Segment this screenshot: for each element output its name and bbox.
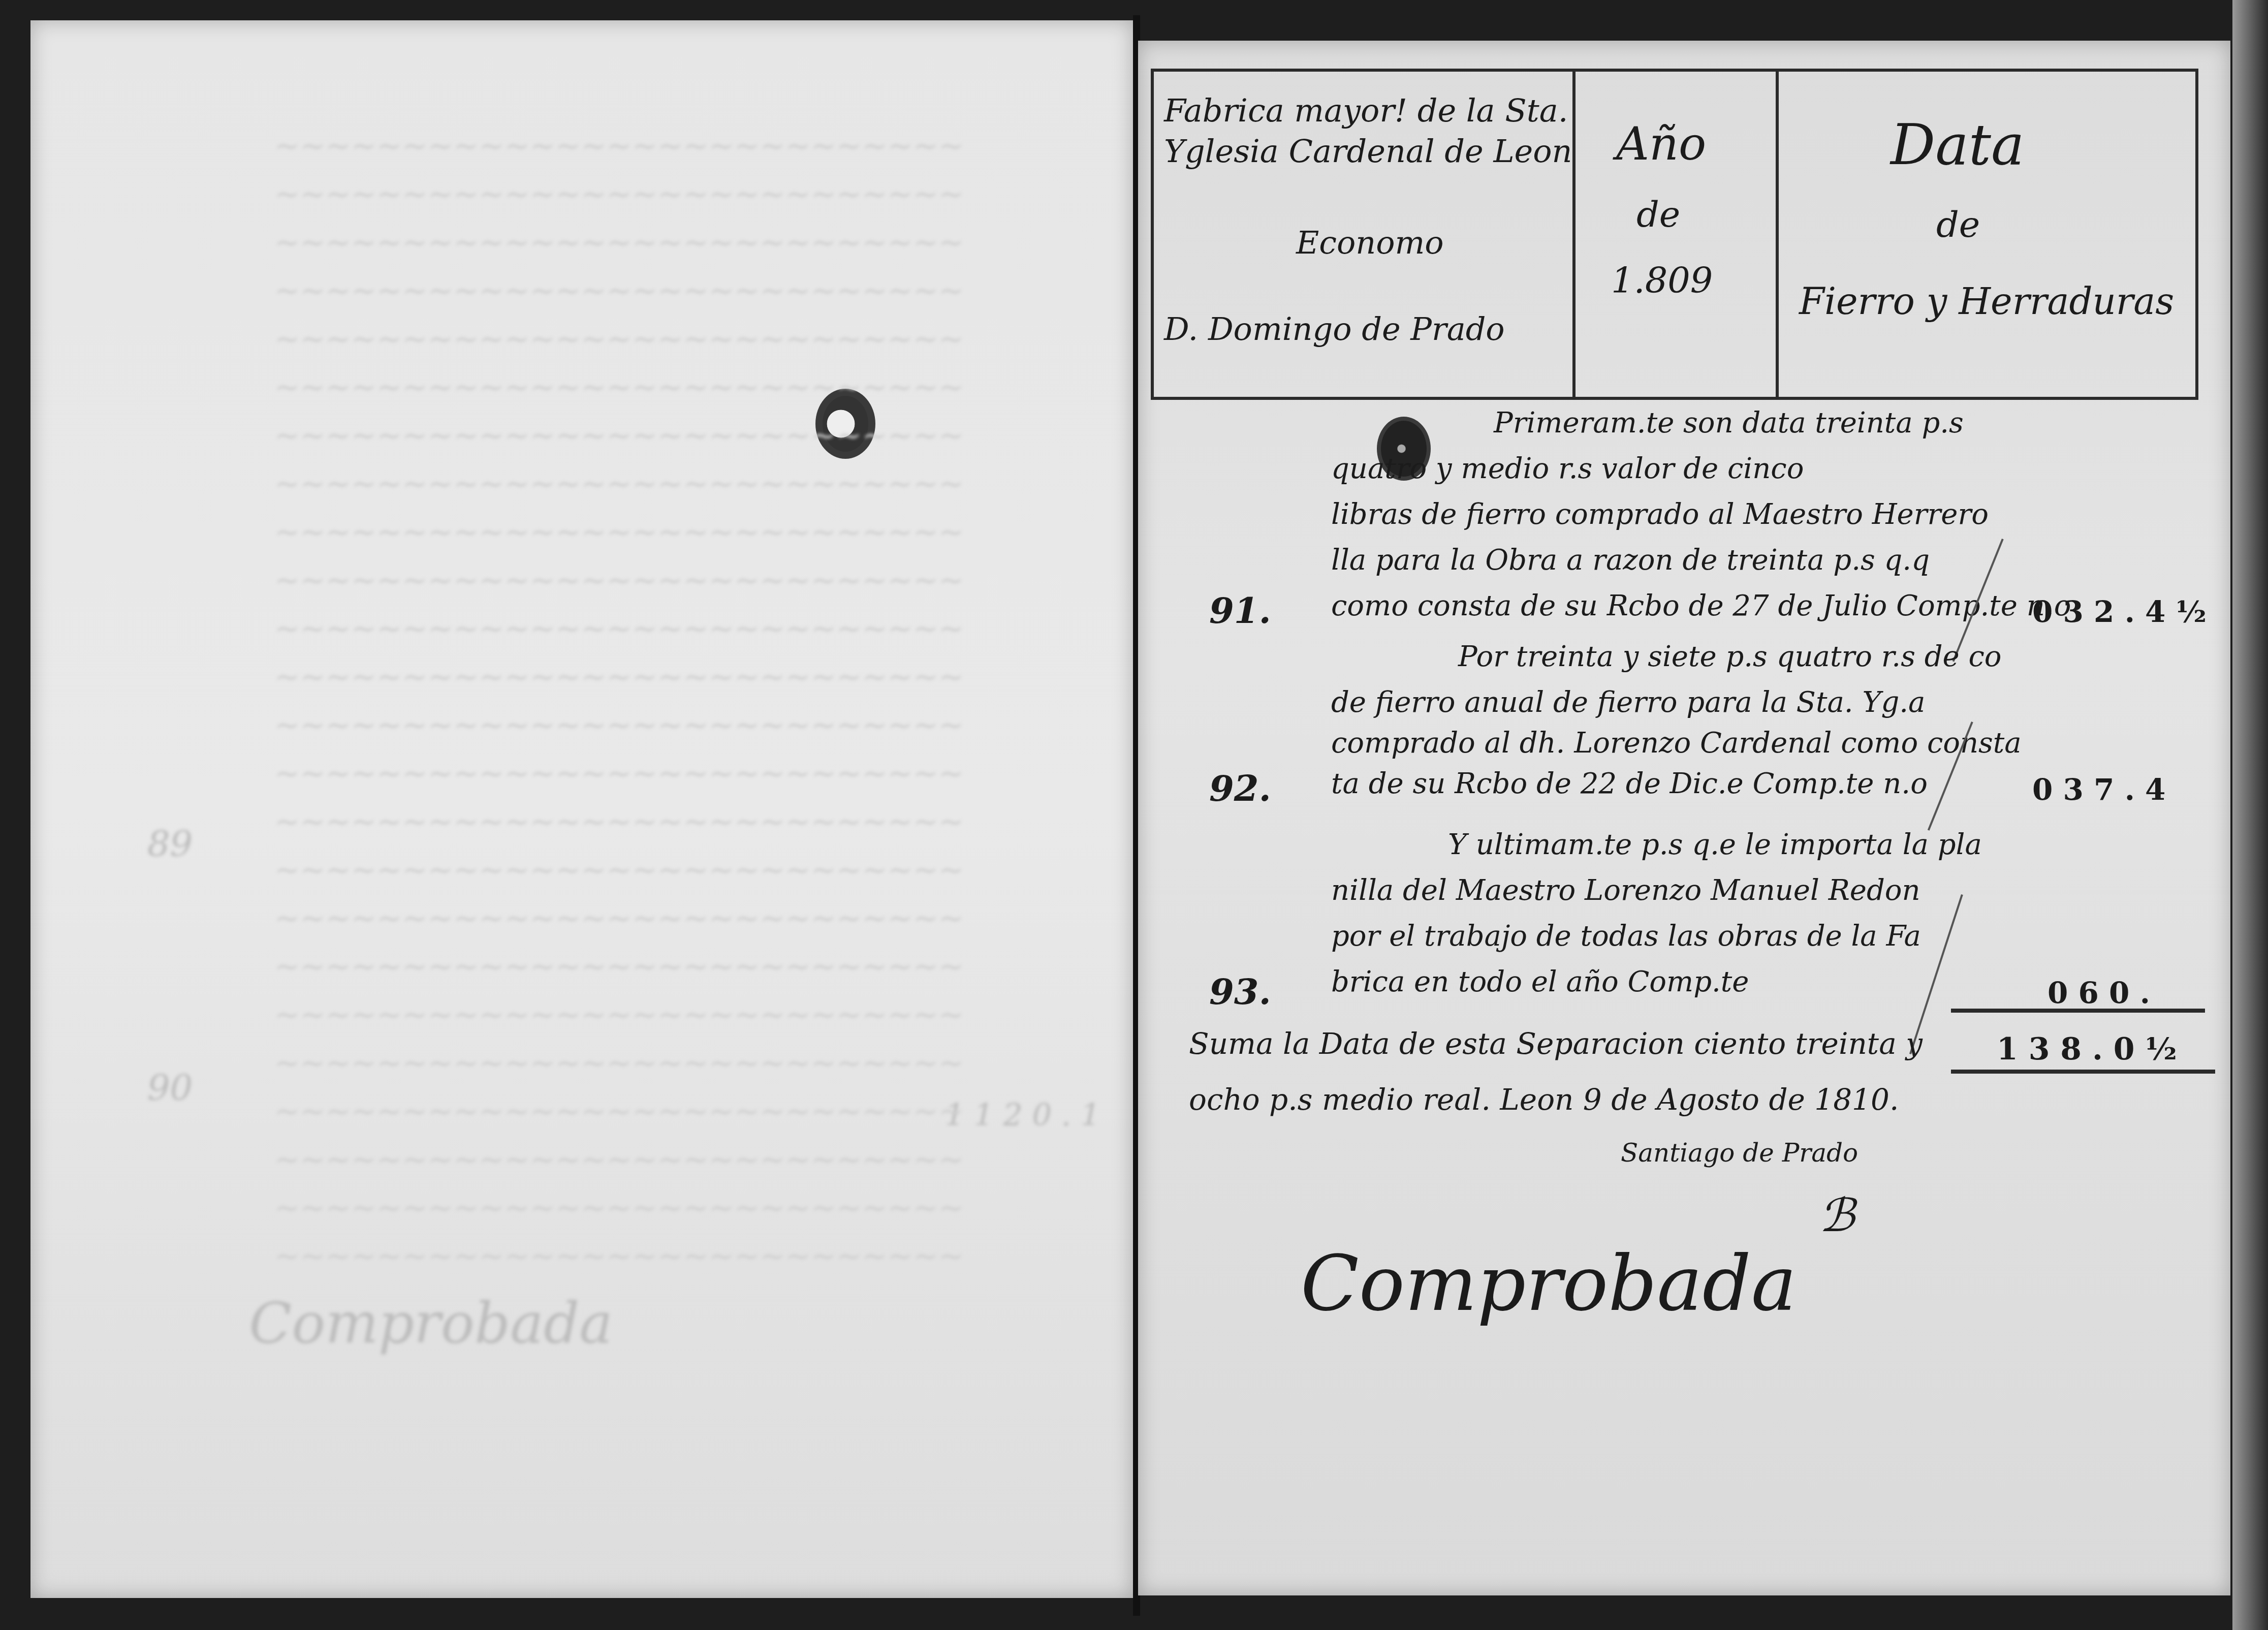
entry-text-line: Primeram.te son data treinta p.s (1494, 406, 1964, 440)
entry-text-line: libras de fierro comprado al Maestro Her… (1331, 498, 1989, 531)
ledger-header: Fabrica mayor! de la Sta. Yglesia Carden… (1151, 69, 2198, 400)
header-institution-cell: Fabrica mayor! de la Sta. Yglesia Carden… (1154, 72, 1576, 397)
signature: Santiago de Prado (1621, 1138, 1858, 1168)
signature-flourish: ℬ (1819, 1189, 1855, 1242)
institution-line-1: Fabrica mayor! de la Sta. (1164, 92, 1568, 129)
right-page: Fabrica mayor! de la Sta. Yglesia Carden… (1138, 41, 2230, 1595)
entry-text-line: quatro y medio r.s valor de cinco (1331, 452, 1804, 485)
entry-text-line: nilla del Maestro Lorenzo Manuel Redon (1331, 874, 1920, 907)
entry-text-line: Y ultimam.te p.s q.e le importa la pla (1448, 828, 1982, 861)
subtotal-rule (1951, 1009, 2205, 1013)
book-edge (2232, 0, 2268, 1630)
year-de: de (1636, 194, 1680, 235)
total-amount: 1 3 8 . 0 ½ (1997, 1031, 2177, 1067)
entry-number: 91. (1209, 589, 1271, 632)
bleed-text-block: ~~~~~~~~~~~~~~~~~~~~~~~~~~~~~~~~~~~~~~~~… (274, 122, 964, 1280)
section-de: de (1936, 204, 1980, 245)
entry-amount: 0 6 0 . (2047, 976, 2150, 1010)
entry-amount: 0 3 7 . 4 (2032, 772, 2165, 807)
entry-text-line: lla para la Obra a razon de treinta p.s … (1331, 544, 1930, 577)
entry-text-line: como consta de su Rcbo de 27 de Julio Co… (1331, 589, 2071, 622)
total-text-line: Suma la Data de esta Separacion ciento t… (1189, 1026, 1923, 1061)
section-title: Fierro y Herraduras (1799, 280, 2174, 323)
entry-text-line: de fierro anual de fierro para la Sta. Y… (1331, 686, 1925, 719)
header-year-cell: Año de 1.809 (1576, 72, 1779, 397)
entry-text-line: por el trabajo de todas las obras de la … (1331, 920, 1921, 953)
role-label: Economo (1296, 224, 1444, 261)
bleed-entry-number: 90 (147, 1067, 193, 1109)
bleed-amount: 1 1 2 0 . 1 (945, 1098, 1100, 1133)
entry-number: 92. (1209, 767, 1271, 809)
institution-line-2: Yglesia Cardenal de Leon (1164, 133, 1572, 170)
entry-text-line: Por treinta y siete p.s quatro r.s de co (1458, 640, 2002, 673)
entry-number: 93. (1209, 970, 1271, 1013)
approval-stamp: Comprobada (1301, 1240, 1797, 1328)
entry-text-line: brica en todo el año Comp.te (1331, 965, 1749, 998)
section-label: Data (1891, 112, 2025, 177)
header-section-cell: Data de Fierro y Herraduras (1779, 72, 2195, 397)
year-label: Año (1616, 117, 1706, 171)
entry-text-line: comprado al dh. Lorenzo Cardenal como co… (1331, 727, 2022, 760)
bleed-entry-number: 89 (147, 823, 193, 865)
bleed-approval: Comprobada (249, 1291, 613, 1356)
total-rule (1951, 1070, 2215, 1074)
entry-amount: 0 3 2 . 4 ½ (2032, 594, 2207, 629)
left-page: 89 90 1 1 2 0 . 1 Comprobada ~~~~~~~~~~~… (30, 20, 1133, 1598)
total-text-line: ocho p.s medio real. Leon 9 de Agosto de… (1189, 1082, 1899, 1117)
year-value: 1.809 (1611, 260, 1713, 301)
entry-text-line: ta de su Rcbo de 22 de Dic.e Comp.te n.o (1331, 767, 1928, 800)
person-name: D. Domingo de Prado (1164, 310, 1505, 348)
